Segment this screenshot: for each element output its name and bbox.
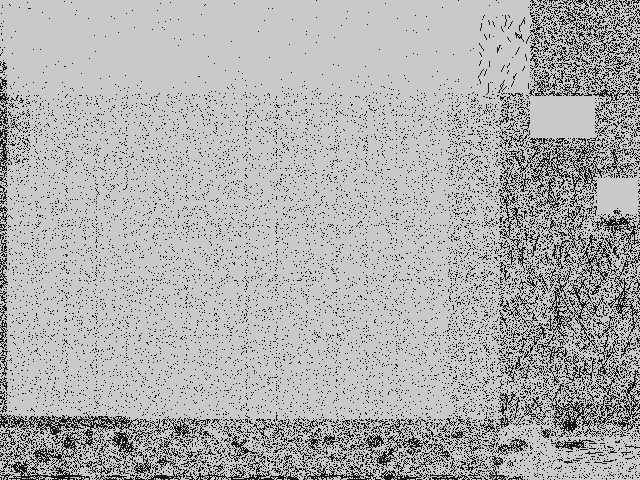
screenshot-root	[0, 0, 640, 480]
dithered-photo-canvas	[0, 0, 640, 480]
